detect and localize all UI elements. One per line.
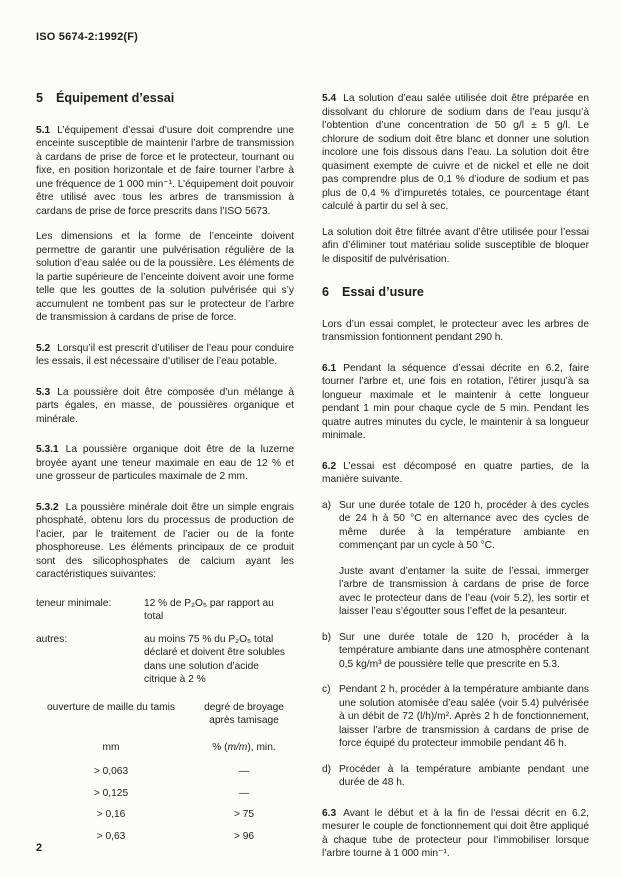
clause-5-3: 5.3La poussière doit être composée d’un … [36, 386, 294, 427]
list-marker-c: c) [322, 683, 339, 751]
section-6-heading: 6Essai d’usure [322, 286, 589, 300]
clause-6-1-number: 6.1 [322, 363, 336, 374]
list-item-b: b) Sur une durée totale de 120 h, procéd… [322, 631, 589, 672]
clause-5-3-text: La poussière doit être composée d’un mél… [36, 387, 294, 425]
clause-5-3-number: 5.3 [36, 387, 50, 398]
clause-5-3-2-number: 5.3.2 [36, 502, 59, 513]
spec-value: 12 % de P₂O₅ par rapport au total [144, 597, 294, 624]
clause-5-1-text: L’équipement d’essai d’usure doit compre… [36, 125, 294, 217]
spec-label: autres: [36, 633, 136, 687]
spec-sieve-row: > 0,125 — [36, 786, 294, 803]
sieve-size: > 0,16 [36, 807, 186, 824]
spec-label: teneur minimale: [36, 597, 136, 624]
page-number: 2 [36, 842, 42, 854]
clause-5-4-number: 5.4 [322, 93, 336, 104]
sieve-size: > 0,063 [36, 764, 186, 781]
spec-row-autres: autres: au moins 75 % du P₂O₅ total décl… [36, 633, 294, 687]
clause-6-2: 6.2L’essai est décomposé en quatre parti… [322, 460, 589, 487]
sieve-value: — [194, 764, 294, 781]
list-marker-b: b) [322, 631, 339, 672]
spec-row-teneur: teneur minimale: 12 % de P₂O₅ par rappor… [36, 597, 294, 624]
left-column: 5Équipement d’essai 5.1L’équipement d’es… [36, 92, 294, 850]
clause-6-3: 6.3Avant le début et à la fin de l’essai… [322, 807, 589, 861]
list-text-a-extra: Juste avant d’entamer la suite de l’essa… [339, 565, 589, 619]
spec-unit-mm: mm [36, 741, 186, 755]
clause-6-3-number: 6.3 [322, 808, 336, 819]
document-reference: ISO 5674-2:1992(F) [36, 31, 138, 43]
clause-5-4-continuation: La solution doit être filtrée avant d’êt… [322, 226, 589, 267]
clause-6-2-text: L’essai est décomposé en quatre parties,… [322, 461, 589, 486]
clause-5-1: 5.1L’équipement d’essai d’usure doit com… [36, 124, 294, 219]
clause-6-2-number: 6.2 [322, 461, 336, 472]
clause-5-1-number: 5.1 [36, 125, 50, 136]
list-marker-d: d) [322, 763, 339, 790]
clause-5-4: 5.4La solution d’eau salée utilisée doit… [322, 92, 589, 214]
clause-5-3-2: 5.3.2La poussière minérale doit être un … [36, 501, 294, 582]
clause-5-3-1-number: 5.3.1 [36, 444, 59, 455]
spec-units-row: mm % (m/m), min. [36, 741, 294, 755]
list-text-b: Sur une durée totale de 120 h, procéder … [339, 631, 589, 672]
mineral-dust-spec-table: teneur minimale: 12 % de P₂O₅ par rappor… [36, 597, 294, 846]
clause-5-3-2-text: La poussière minérale doit être un simpl… [36, 502, 294, 581]
clause-6-1-text: Pendant la séquence d’essai décrite en 6… [322, 363, 589, 442]
document-page: ISO 5674-2:1992(F) 5Équipement d’essai 5… [0, 0, 622, 877]
clause-5-3-1: 5.3.1La poussière organique doit être de… [36, 443, 294, 484]
sieve-value: > 75 [194, 807, 294, 824]
spec-unit-percent-italic: m/m [228, 742, 248, 753]
section-6-intro: Lors d’un essai complet, le protecteur a… [322, 318, 589, 345]
clause-5-4-text: La solution d’eau salée utilisée doit êt… [322, 93, 589, 212]
clause-5-1-continuation: Les dimensions et la forme de l’enceinte… [36, 230, 294, 325]
clause-5-3-1-text: La poussière organique doit être de la l… [36, 444, 294, 482]
spec-sieve-row: > 0,63 > 96 [36, 829, 294, 846]
spec-column-header-grind: degré de broyage après tamisage [194, 701, 294, 728]
list-text-d: Procéder à la température ambiante penda… [339, 763, 589, 790]
list-item-a: a) Sur une durée totale de 120 h, procéd… [322, 499, 589, 619]
list-text-a: Sur une durée totale de 120 h, procéder … [339, 499, 589, 553]
list-item-d: d) Procéder à la température ambiante pe… [322, 763, 589, 790]
spec-unit-percent-pre: % ( [212, 742, 227, 753]
spec-column-headers: ouverture de maille du tamis degré de br… [36, 701, 294, 728]
sieve-value: > 96 [194, 829, 294, 846]
spec-column-header-mesh: ouverture de maille du tamis [36, 701, 186, 728]
list-text-c: Pendant 2 h, procéder à la température a… [339, 683, 589, 751]
clause-6-3-text: Avant le début et à la fin de l’essai dé… [322, 808, 589, 860]
section-5-title: Équipement d’essai [56, 91, 174, 105]
spec-value: au moins 75 % du P₂O₅ total déclaré et d… [144, 633, 294, 687]
sieve-value: — [194, 786, 294, 803]
section-6-number: 6 [322, 285, 329, 299]
section-6-title: Essai d’usure [342, 285, 424, 299]
section-5-number: 5 [36, 91, 43, 105]
list-marker-a: a) [322, 499, 339, 553]
sieve-size: > 0,63 [36, 829, 186, 846]
section-5-heading: 5Équipement d’essai [36, 92, 294, 106]
list-item-c: c) Pendant 2 h, procéder à la températur… [322, 683, 589, 751]
spec-unit-percent: % (m/m), min. [194, 741, 294, 755]
clause-6-1: 6.1Pendant la séquence d’essai décrite e… [322, 362, 589, 443]
clause-5-2-text: Lorsqu’il est prescrit d’utiliser de l’e… [36, 343, 294, 368]
spec-unit-percent-post: ), min. [247, 742, 275, 753]
clause-5-2-number: 5.2 [36, 343, 50, 354]
spec-sieve-row: > 0,063 — [36, 764, 294, 781]
right-column: 5.4La solution d’eau salée utilisée doit… [322, 92, 589, 873]
spec-sieve-row: > 0,16 > 75 [36, 807, 294, 824]
sieve-size: > 0,125 [36, 786, 186, 803]
clause-5-2: 5.2Lorsqu’il est prescrit d’utiliser de … [36, 342, 294, 369]
